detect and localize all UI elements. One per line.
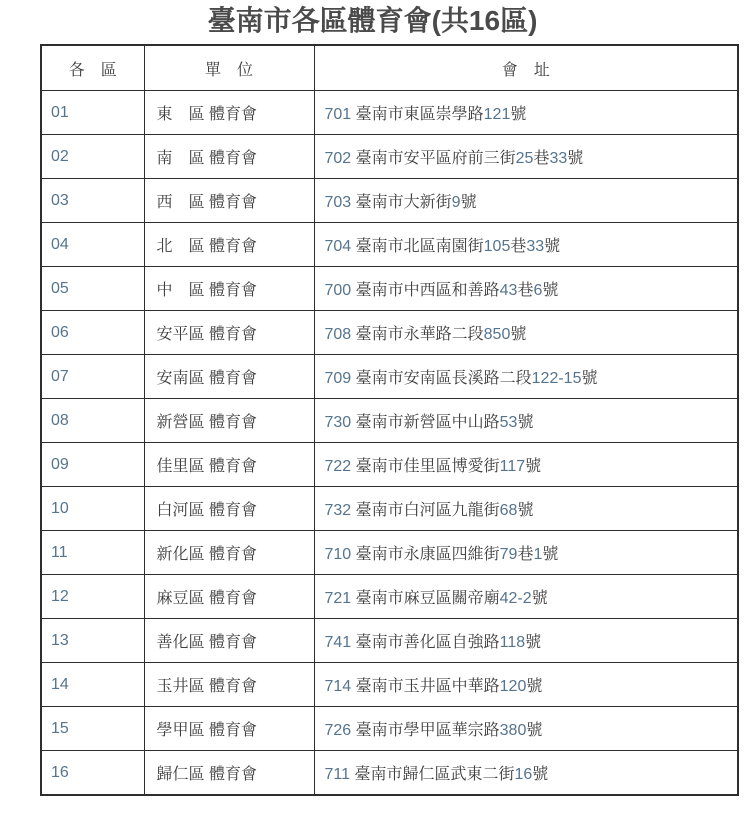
district-no-cell: 12 — [41, 575, 144, 619]
unit-cell: 安平區 體育會 — [144, 311, 314, 355]
district-no-cell: 15 — [41, 707, 144, 751]
address-cell: 709 臺南市安南區長溪路二段122-15號 — [314, 355, 738, 399]
unit-cell: 北 區 體育會 — [144, 223, 314, 267]
table-row: 16歸仁區 體育會711 臺南市歸仁區武東二街16號 — [41, 751, 738, 796]
address-cell: 726 臺南市學甲區華宗路380號 — [314, 707, 738, 751]
address-cell: 700 臺南市中西區和善路43巷6號 — [314, 267, 738, 311]
table-row: 04北 區 體育會704 臺南市北區南園街105巷33號 — [41, 223, 738, 267]
table-row: 01東 區 體育會701 臺南市東區崇學路121號 — [41, 91, 738, 135]
unit-cell: 中 區 體育會 — [144, 267, 314, 311]
district-no-cell: 16 — [41, 751, 144, 796]
address-cell: 708 臺南市永華路二段850號 — [314, 311, 738, 355]
column-header-unit: 單 位 — [144, 45, 314, 91]
table-row: 06安平區 體育會708 臺南市永華路二段850號 — [41, 311, 738, 355]
page-title: 臺南市各區體育會(共16區) — [0, 4, 745, 37]
column-header-address: 會 址 — [314, 45, 738, 91]
address-cell: 710 臺南市永康區四維街79巷1號 — [314, 531, 738, 575]
table-row: 11新化區 體育會710 臺南市永康區四維街79巷1號 — [41, 531, 738, 575]
unit-cell: 歸仁區 體育會 — [144, 751, 314, 796]
district-no-cell: 08 — [41, 399, 144, 443]
unit-cell: 佳里區 體育會 — [144, 443, 314, 487]
unit-cell: 東 區 體育會 — [144, 91, 314, 135]
district-no-cell: 06 — [41, 311, 144, 355]
table-row: 15學甲區 體育會726 臺南市學甲區華宗路380號 — [41, 707, 738, 751]
address-cell: 701 臺南市東區崇學路121號 — [314, 91, 738, 135]
unit-cell: 麻豆區 體育會 — [144, 575, 314, 619]
unit-cell: 新營區 體育會 — [144, 399, 314, 443]
unit-cell: 學甲區 體育會 — [144, 707, 314, 751]
unit-cell: 南 區 體育會 — [144, 135, 314, 179]
column-header-district: 各 區 — [41, 45, 144, 91]
sports-association-table: 各 區 單 位 會 址 01東 區 體育會701 臺南市東區崇學路121號02南… — [40, 44, 739, 796]
unit-cell: 安南區 體育會 — [144, 355, 314, 399]
table-row: 03西 區 體育會703 臺南市大新街9號 — [41, 179, 738, 223]
district-no-cell: 02 — [41, 135, 144, 179]
district-no-cell: 11 — [41, 531, 144, 575]
table-row: 05中 區 體育會700 臺南市中西區和善路43巷6號 — [41, 267, 738, 311]
address-cell: 732 臺南市白河區九龍街68號 — [314, 487, 738, 531]
table-row: 02南 區 體育會702 臺南市安平區府前三街25巷33號 — [41, 135, 738, 179]
district-no-cell: 07 — [41, 355, 144, 399]
district-no-cell: 04 — [41, 223, 144, 267]
address-cell: 703 臺南市大新街9號 — [314, 179, 738, 223]
unit-cell: 白河區 體育會 — [144, 487, 314, 531]
address-cell: 714 臺南市玉井區中華路120號 — [314, 663, 738, 707]
table-row: 14玉井區 體育會714 臺南市玉井區中華路120號 — [41, 663, 738, 707]
district-no-cell: 01 — [41, 91, 144, 135]
unit-cell: 西 區 體育會 — [144, 179, 314, 223]
unit-cell: 玉井區 體育會 — [144, 663, 314, 707]
table-row: 07安南區 體育會709 臺南市安南區長溪路二段122-15號 — [41, 355, 738, 399]
address-cell: 704 臺南市北區南園街105巷33號 — [314, 223, 738, 267]
table-body: 01東 區 體育會701 臺南市東區崇學路121號02南 區 體育會702 臺南… — [41, 91, 738, 796]
header-row: 各 區 單 位 會 址 — [41, 45, 738, 91]
table-row: 12麻豆區 體育會721 臺南市麻豆區關帝廟42-2號 — [41, 575, 738, 619]
district-no-cell: 09 — [41, 443, 144, 487]
district-no-cell: 13 — [41, 619, 144, 663]
district-no-cell: 10 — [41, 487, 144, 531]
address-cell: 722 臺南市佳里區博愛街117號 — [314, 443, 738, 487]
table-row: 10白河區 體育會732 臺南市白河區九龍街68號 — [41, 487, 738, 531]
unit-cell: 善化區 體育會 — [144, 619, 314, 663]
district-no-cell: 05 — [41, 267, 144, 311]
unit-cell: 新化區 體育會 — [144, 531, 314, 575]
district-no-cell: 03 — [41, 179, 144, 223]
address-cell: 730 臺南市新營區中山路53號 — [314, 399, 738, 443]
district-no-cell: 14 — [41, 663, 144, 707]
table-row: 09佳里區 體育會722 臺南市佳里區博愛街117號 — [41, 443, 738, 487]
table-row: 13善化區 體育會741 臺南市善化區自強路118號 — [41, 619, 738, 663]
address-cell: 721 臺南市麻豆區關帝廟42-2號 — [314, 575, 738, 619]
address-cell: 741 臺南市善化區自強路118號 — [314, 619, 738, 663]
address-cell: 711 臺南市歸仁區武東二街16號 — [314, 751, 738, 796]
table-row: 08新營區 體育會730 臺南市新營區中山路53號 — [41, 399, 738, 443]
address-cell: 702 臺南市安平區府前三街25巷33號 — [314, 135, 738, 179]
